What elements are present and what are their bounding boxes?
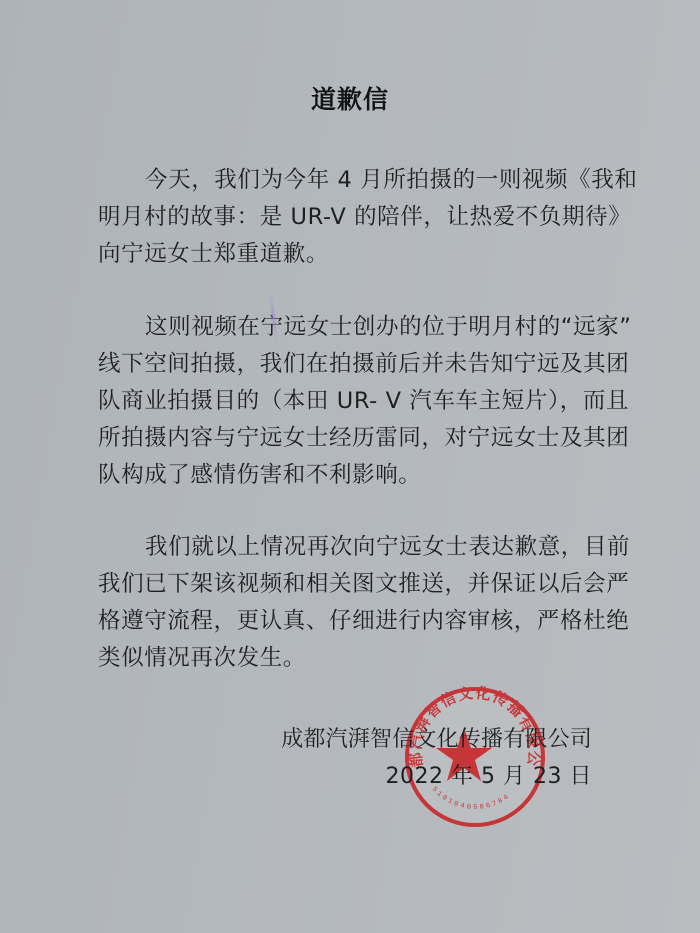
- paragraph-line: 我们已下架该视频和相关图文推送，并保证以后会严: [98, 566, 598, 603]
- company-seal: 成都汽湃智信文化传播有限公司 5101040506784: [402, 684, 548, 830]
- paragraph-line: 格遵守流程，更认真、仔细进行内容审核，严格杜绝: [98, 603, 598, 640]
- paragraph-line: 线下空间拍摄，我们在拍摄前后并未告知宁远及其团: [98, 346, 598, 383]
- signature-date: 2022 年 5 月 23 日: [386, 759, 592, 790]
- signature-company: 成都汽湃智信文化传播有限公司: [281, 722, 592, 753]
- paragraph-line: 向宁远女士郑重道歉。: [98, 236, 598, 273]
- paragraph-line: 这则视频在宁远女士创办的位于明月村的“远家”: [98, 309, 598, 346]
- paragraph-3: 我们就以上情况再次向宁远女士表达歉意，目前 我们已下架该视频和相关图文推送，并保…: [98, 529, 598, 677]
- letter-page: 道歉信 今天，我们为今年 4 月所拍摄的一则视频《我和 明月村的故事：是 UR-…: [0, 0, 700, 933]
- letter-title: 道歉信: [0, 80, 700, 116]
- paragraph-line: 类似情况再次发生。: [98, 640, 598, 677]
- paragraph-line: 所拍摄内容与宁远女士经历雷同，对宁远女士及其团: [98, 420, 598, 457]
- paragraph-line: 今天，我们为今年 4 月所拍摄的一则视频《我和: [98, 162, 598, 199]
- paragraph-line: 明月村的故事：是 UR-V 的陪伴，让热爱不负期待》: [98, 199, 598, 236]
- paragraph-2: 这则视频在宁远女士创办的位于明月村的“远家” 线下空间拍摄，我们在拍摄前后并未告…: [98, 309, 598, 494]
- paragraph-line: 我们就以上情况再次向宁远女士表达歉意，目前: [98, 529, 598, 566]
- seal-graphic: 成都汽湃智信文化传播有限公司 5101040506784: [402, 684, 548, 830]
- paragraph-1: 今天，我们为今年 4 月所拍摄的一则视频《我和 明月村的故事：是 UR-V 的陪…: [98, 162, 598, 273]
- paragraph-line: 队商业拍摄目的（本田 UR- V 汽车车主短片），而且: [98, 383, 598, 420]
- paragraph-line: 队构成了感情伤害和不利影响。: [98, 457, 598, 494]
